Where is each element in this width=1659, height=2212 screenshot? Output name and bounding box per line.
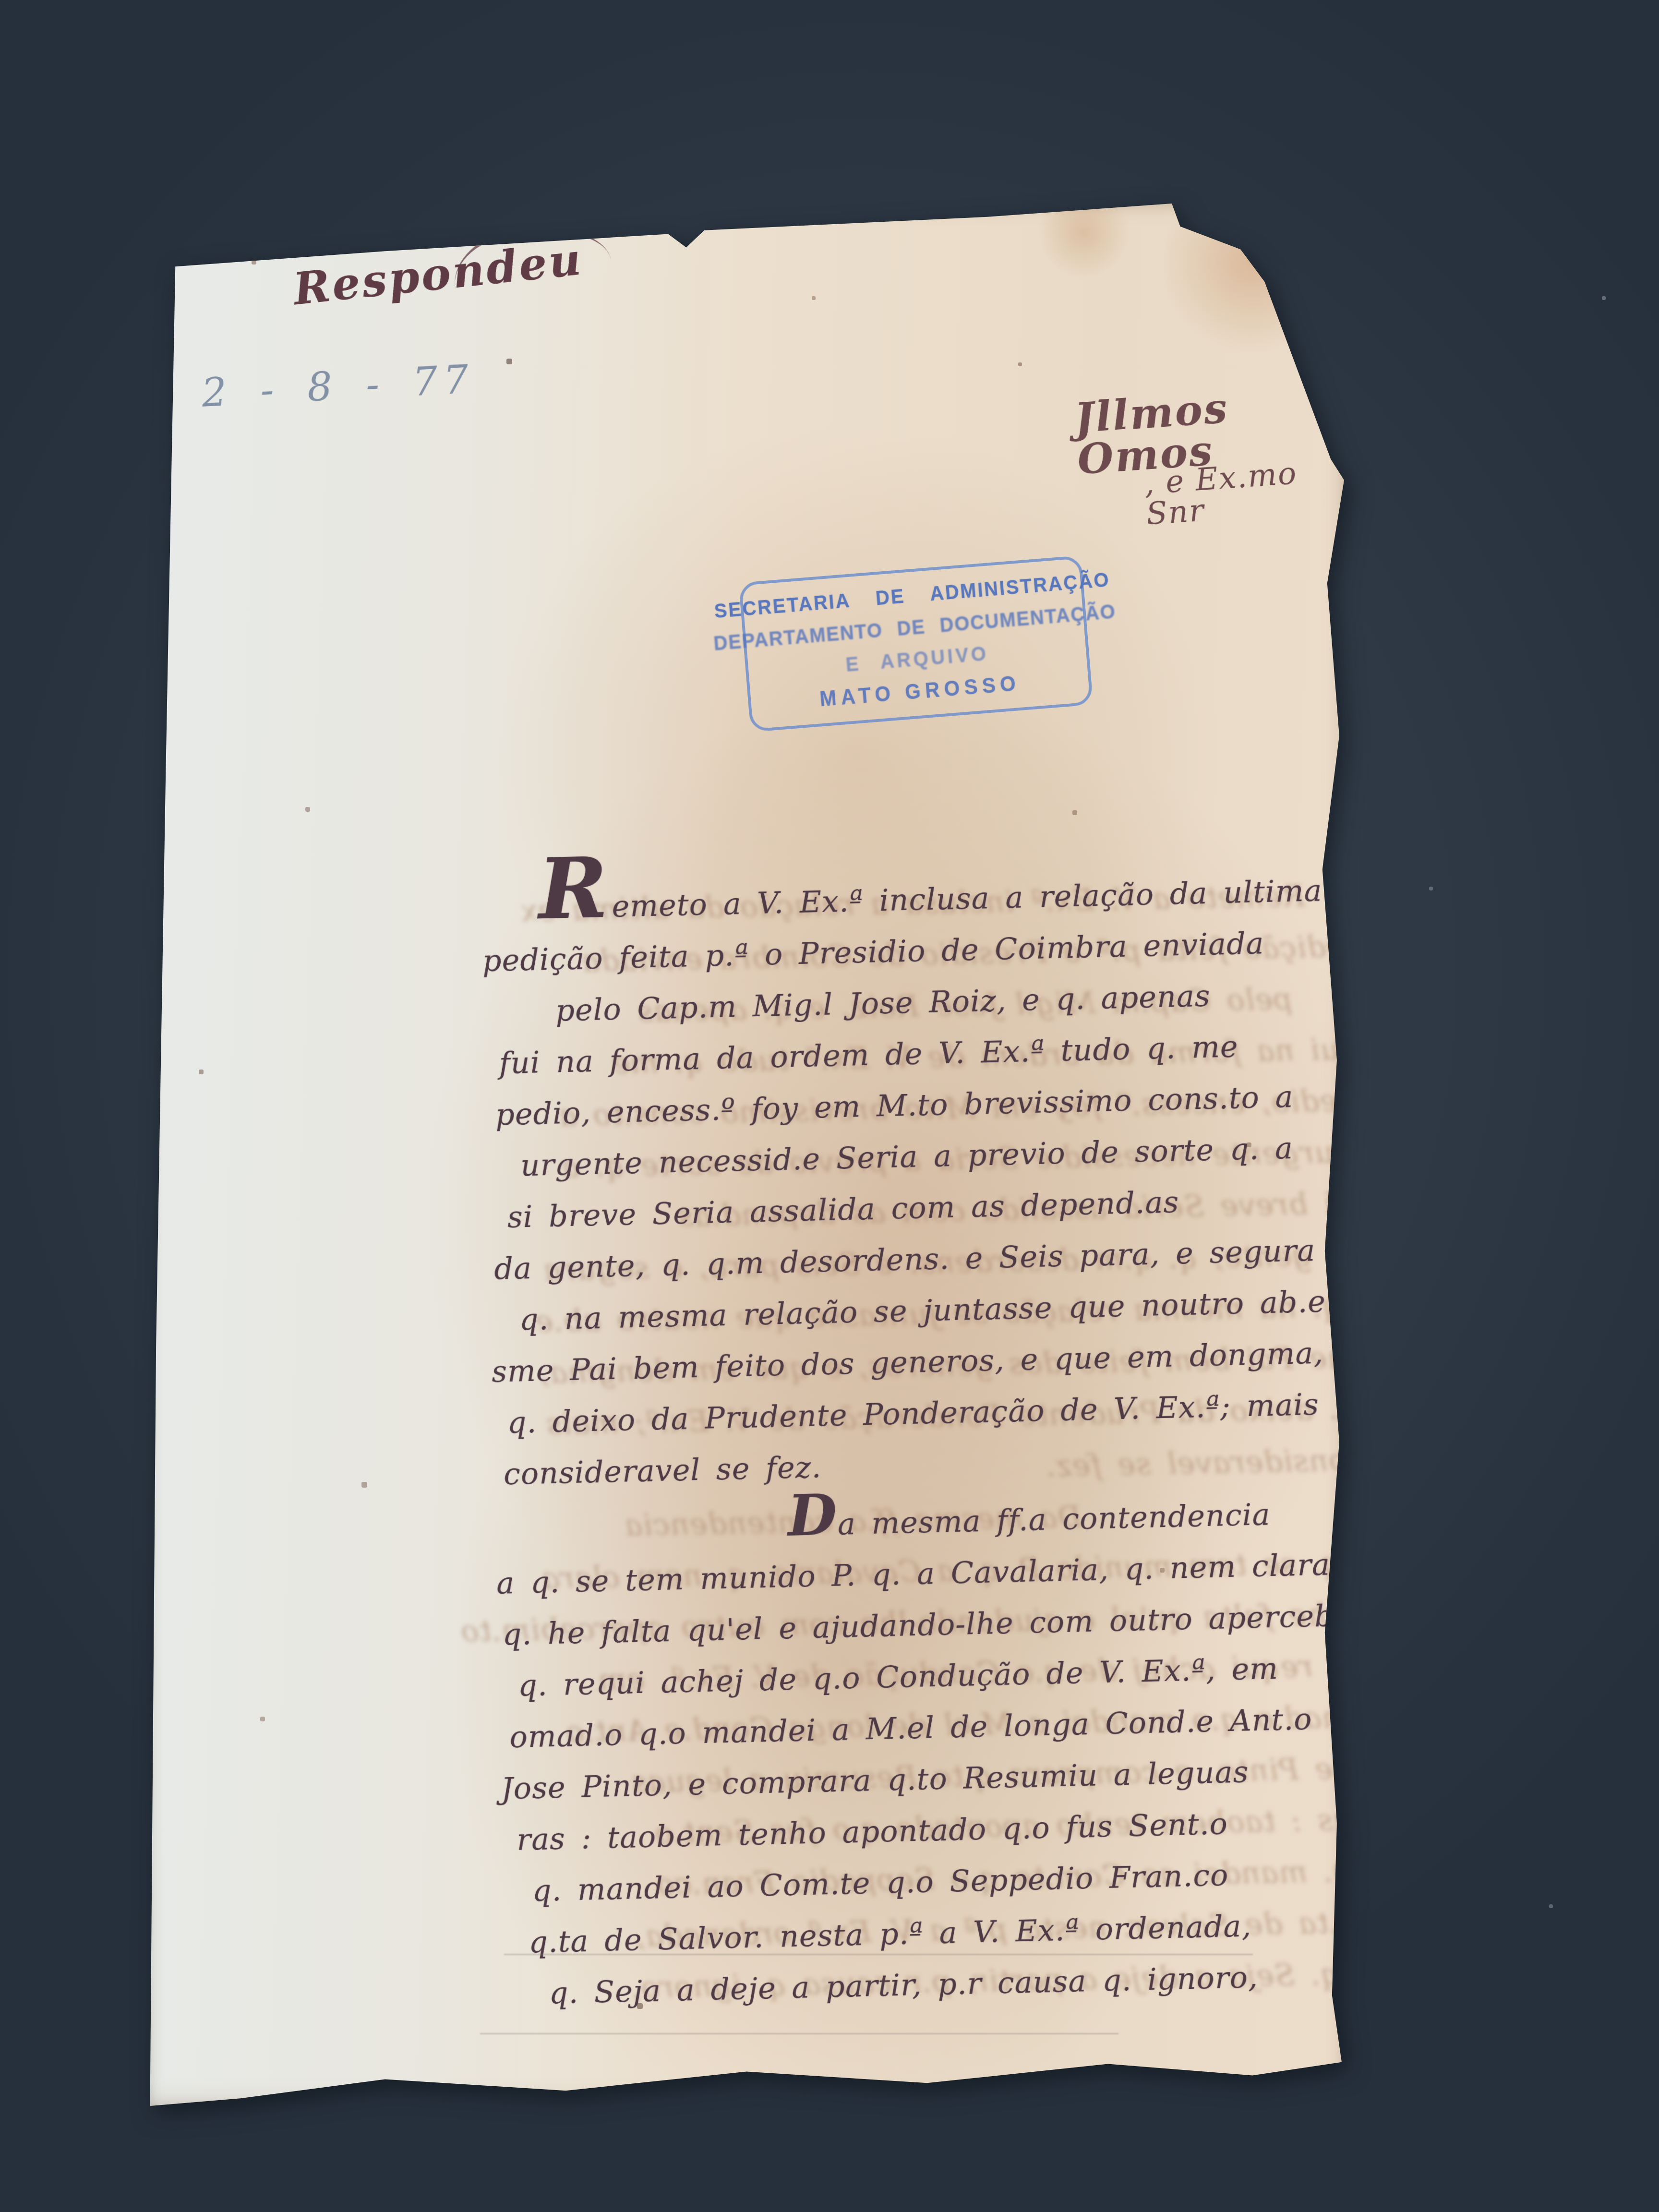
salutation: Jllmos Omos , e Ex.mo Snr [1073,380,1353,535]
foxing-specks [0,0,1,1]
archival-date-note: 2 - 8 - 77 [201,360,475,414]
salutation-line-2: , e Ex.mo Snr [1143,454,1353,530]
document-paper: Respondeu 2 - 8 - 77 Jllmos Omos , e Ex.… [144,202,1349,2110]
pencil-guideline [480,2033,1118,2034]
letter-body: Remeto a V. Ex.ª inclusa a relação da ul… [480,839,1418,2020]
archive-stamp: SECRETARIA DE ADMINISTRAÇÃO DEPARTAMENTO… [739,555,1094,732]
pencil-guideline [504,1954,1253,1955]
stamp-line-mato-grosso: MATO GROSSO [818,672,1021,711]
archival-note-responded: Respondeu [291,237,585,312]
stamp-line-arquivo: E ARQUIVO [845,642,989,676]
paper-shadow-wrap: Respondeu 2 - 8 - 77 Jllmos Omos , e Ex.… [0,0,1659,2212]
photo-background: Respondeu 2 - 8 - 77 Jllmos Omos , e Ex.… [0,0,1659,2212]
